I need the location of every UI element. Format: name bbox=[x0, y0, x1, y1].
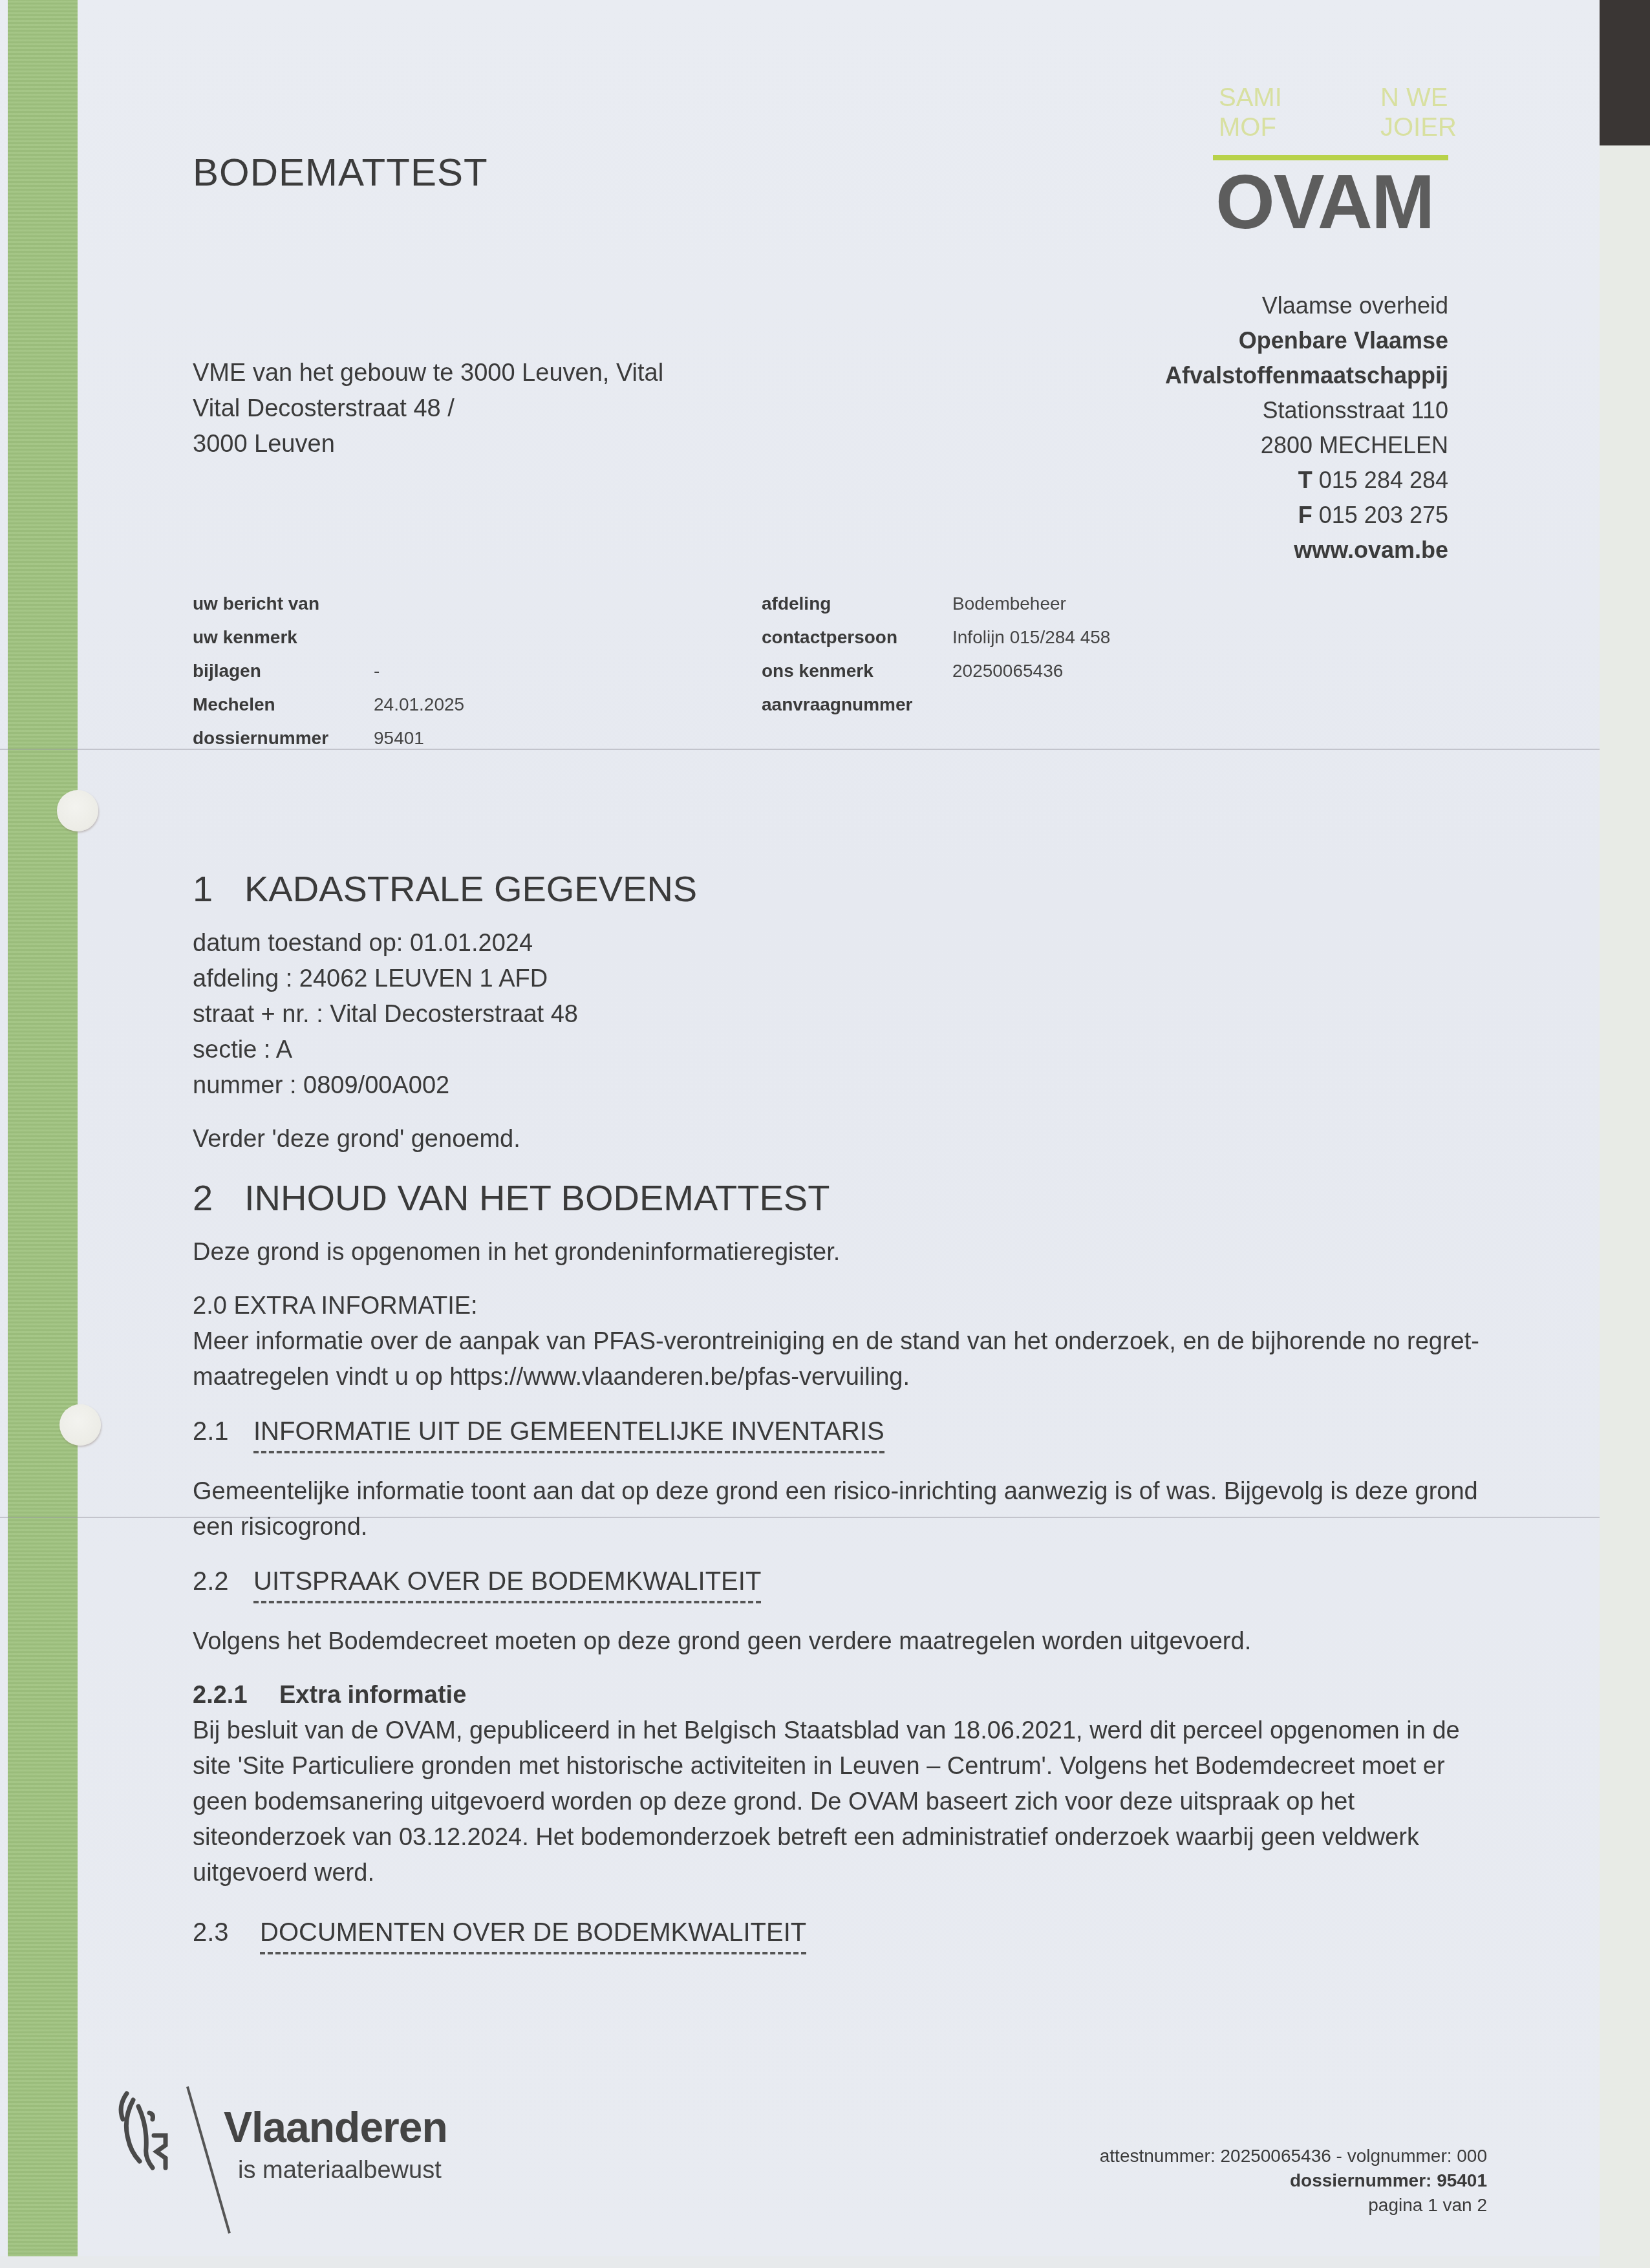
sender-city: 2800 MECHELEN bbox=[1165, 428, 1448, 463]
meta-row: afdelingBodembeheer bbox=[762, 587, 1110, 621]
recipient-line: 3000 Leuven bbox=[193, 427, 663, 462]
subsection-title: UITSPRAAK OVER DE BODEMKWALITEIT bbox=[253, 1563, 761, 1603]
page-number: pagina 1 van 2 bbox=[1100, 2193, 1487, 2218]
sender-line: Afvalstoffenmaatschappij bbox=[1165, 358, 1448, 393]
green-margin-stripe bbox=[8, 0, 78, 2256]
meta-label: afdeling bbox=[762, 587, 952, 621]
sender-street: Stationsstraat 110 bbox=[1165, 393, 1448, 428]
scanner-margin bbox=[1600, 145, 1650, 2268]
fax-value: 015 203 275 bbox=[1319, 502, 1448, 528]
footer-reference: attestnummer: 20250065436 - volgnummer: … bbox=[1100, 2144, 1487, 2218]
cadastral-line: sectie : A bbox=[193, 1032, 1512, 1068]
cadastral-line: straat + nr. : Vital Decosterstraat 48 bbox=[193, 997, 1512, 1032]
document-title: BODEMATTEST bbox=[193, 150, 488, 195]
document-body: 1KADASTRALE GEGEVENS datum toestand op: … bbox=[193, 866, 1512, 1975]
extra-info-text: Meer informatie over de aanpak van PFAS-… bbox=[193, 1324, 1512, 1395]
meta-label: dossiernummer bbox=[193, 722, 374, 755]
cadastral-data: datum toestand op: 01.01.2024 afdeling :… bbox=[193, 926, 1512, 1104]
faded-text: SAMI bbox=[1219, 83, 1282, 112]
footer-dossier-number: dossiernummer: 95401 bbox=[1100, 2168, 1487, 2193]
vlaanderen-tagline: is materiaalbewust bbox=[238, 2157, 442, 2185]
subsection-heading-2-2: 2.2UITSPRAAK OVER DE BODEMKWALITEIT bbox=[193, 1563, 1512, 1603]
meta-label: contactpersoon bbox=[762, 621, 952, 654]
recipient-address: VME van het gebouw te 3000 Leuven, Vital… bbox=[193, 356, 663, 462]
meta-row: aanvraagnummer bbox=[762, 688, 1110, 722]
recipient-line: VME van het gebouw te 3000 Leuven, Vital bbox=[193, 356, 663, 391]
cadastral-note: Verder 'deze grond' genoemd. bbox=[193, 1122, 1512, 1157]
subsection-number: 2.2.1 bbox=[193, 1678, 279, 1713]
meta-label: Mechelen bbox=[193, 688, 374, 722]
punch-hole-bottom bbox=[59, 1404, 101, 1446]
section-title: KADASTRALE GEGEVENS bbox=[244, 868, 697, 909]
meta-row: Mechelen24.01.2025 bbox=[193, 688, 464, 722]
subsection-number: 2.1 bbox=[193, 1413, 253, 1450]
meta-value: Bodembeheer bbox=[952, 587, 1066, 621]
subsection-title: INFORMATIE UIT DE GEMEENTELIJKE INVENTAR… bbox=[253, 1413, 884, 1453]
meta-row: dossiernummer95401 bbox=[193, 722, 464, 755]
soil-quality-verdict: Volgens het Bodemdecreet moeten op deze … bbox=[193, 1624, 1512, 1660]
sender-website: www.ovam.be bbox=[1165, 533, 1448, 568]
subsection-heading-2-2-1: 2.2.1Extra informatie bbox=[193, 1678, 1512, 1713]
sender-phone: T 015 284 284 bbox=[1165, 463, 1448, 498]
meta-row: bijlagen- bbox=[193, 654, 464, 688]
subsection-heading-2-1: 2.1INFORMATIE UIT DE GEMEENTELIJKE INVEN… bbox=[193, 1413, 1512, 1453]
subsection-title: DOCUMENTEN OVER DE BODEMKWALITEIT bbox=[260, 1914, 806, 1954]
reference-block-left: uw bericht van uw kenmerk bijlagen- Mech… bbox=[193, 587, 464, 755]
phone-value: 015 284 284 bbox=[1319, 467, 1448, 493]
meta-value: 20250065436 bbox=[952, 654, 1063, 688]
meta-value: - bbox=[374, 654, 380, 688]
sender-address: Vlaamse overheid Openbare Vlaamse Afvals… bbox=[1165, 288, 1448, 568]
sender-line: Openbare Vlaamse bbox=[1165, 323, 1448, 358]
section-heading-1: 1KADASTRALE GEGEVENS bbox=[193, 866, 1512, 912]
cadastral-line: datum toestand op: 01.01.2024 bbox=[193, 926, 1512, 961]
subsection-number: 2.2 bbox=[193, 1563, 253, 1599]
meta-row: uw kenmerk bbox=[193, 621, 464, 654]
extra-info-detail: Bij besluit van de OVAM, gepubliceerd in… bbox=[193, 1713, 1486, 1891]
meta-value: 95401 bbox=[374, 722, 424, 755]
meta-row: ons kenmerk20250065436 bbox=[762, 654, 1110, 688]
vlaanderen-wordmark: Vlaanderen bbox=[224, 2101, 447, 2153]
subsection-title: Extra informatie bbox=[279, 1682, 466, 1709]
sender-fax: F 015 203 275 bbox=[1165, 498, 1448, 533]
faded-text: JOIER bbox=[1380, 112, 1457, 142]
meta-row: contactpersoonInfolijn 015/284 458 bbox=[762, 621, 1110, 654]
section-number: 1 bbox=[193, 866, 244, 912]
cadastral-line: nummer : 0809/00A002 bbox=[193, 1068, 1512, 1104]
section-heading-2: 2INHOUD VAN HET BODEMATTEST bbox=[193, 1175, 1512, 1221]
section-number: 2 bbox=[193, 1175, 244, 1221]
meta-label: uw kenmerk bbox=[193, 621, 374, 654]
subsection-number: 2.3 bbox=[193, 1914, 260, 1951]
scanner-background bbox=[1600, 0, 1650, 145]
meta-label: ons kenmerk bbox=[762, 654, 952, 688]
meta-label: bijlagen bbox=[193, 654, 374, 688]
reference-block-right: afdelingBodembeheer contactpersoonInfoli… bbox=[762, 587, 1110, 722]
meta-value: 24.01.2025 bbox=[374, 688, 464, 722]
phone-label: T bbox=[1298, 467, 1312, 493]
extra-info-heading: 2.0 EXTRA INFORMATIE: bbox=[193, 1289, 1512, 1324]
flemish-lion-icon bbox=[114, 2087, 172, 2184]
meta-value: Infolijn 015/284 458 bbox=[952, 621, 1110, 654]
ovam-logo: OVAM bbox=[1216, 160, 1433, 244]
faded-text: MOF bbox=[1219, 112, 1276, 142]
section-title: INHOUD VAN HET BODEMATTEST bbox=[244, 1177, 830, 1218]
subsection-heading-2-3: 2.3DOCUMENTEN OVER DE BODEMKWALITEIT bbox=[193, 1914, 1512, 1954]
attest-number: attestnummer: 20250065436 - volgnummer: … bbox=[1100, 2144, 1487, 2168]
recipient-line: Vital Decosterstraat 48 / bbox=[193, 391, 663, 427]
register-statement: Deze grond is opgenomen in het grondenin… bbox=[193, 1235, 1512, 1270]
meta-row: uw bericht van bbox=[193, 587, 464, 621]
meta-label: aanvraagnummer bbox=[762, 688, 952, 722]
meta-label: uw bericht van bbox=[193, 587, 374, 621]
faded-text: N WE bbox=[1380, 83, 1448, 112]
fax-label: F bbox=[1298, 502, 1312, 528]
punch-hole-top bbox=[57, 790, 98, 831]
sender-line: Vlaamse overheid bbox=[1165, 288, 1448, 323]
cadastral-line: afdeling : 24062 LEUVEN 1 AFD bbox=[193, 961, 1512, 997]
municipal-inventory-text: Gemeentelijke informatie toont aan dat o… bbox=[193, 1474, 1512, 1545]
